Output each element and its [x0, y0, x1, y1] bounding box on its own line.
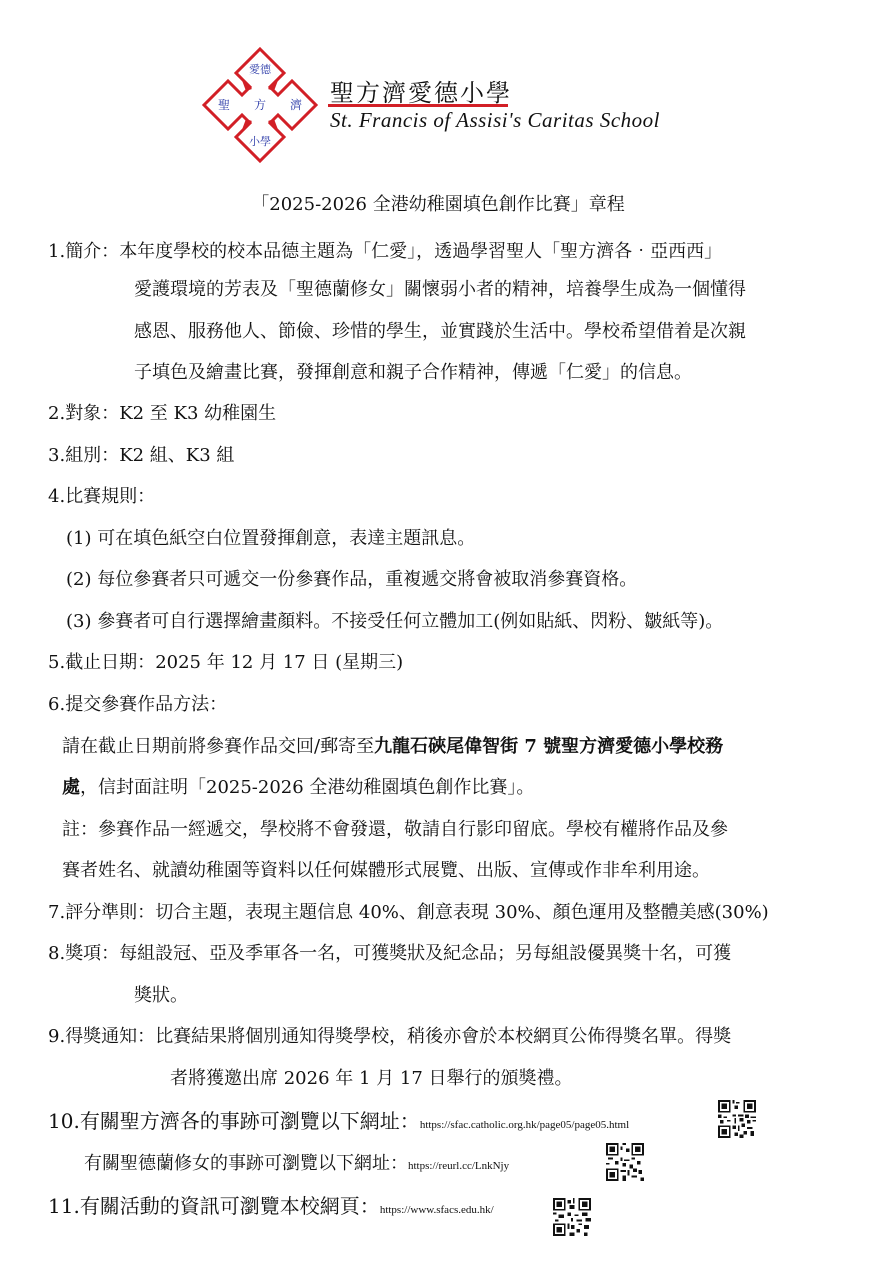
- section-text: 有關聖德蘭修女的事跡可瀏覽以下網址：: [84, 1153, 408, 1174]
- st-francis-link[interactable]: https://sfac.catholic.org.hk/page05/page…: [420, 1119, 629, 1131]
- section-9-line-2: 者將獲邀出席 2026 年 1 月 17 日舉行的頒獎禮。: [170, 1068, 573, 1090]
- section-label: 得獎通知：: [65, 1026, 155, 1047]
- svg-text:愛德: 愛德: [249, 63, 272, 76]
- qr-code-icon: [553, 1198, 591, 1236]
- section-text: 有關聖方濟各的事跡可瀏覽以下網址：: [80, 1109, 420, 1133]
- submission-address: 九龍石硤尾偉智街 7 號聖方濟愛德小學校務: [374, 736, 723, 757]
- section-text: 比賽結果將個別通知得獎學校，稍後亦會於本校網頁公佈得獎名單。得獎: [155, 1026, 731, 1047]
- section-label: 截止日期：: [65, 652, 155, 673]
- document-title: 「2025-2026 全港幼稚園填色創作比賽」章程: [0, 190, 876, 216]
- section-1-line-4: 子填色及繪畫比賽，發揮創意和親子合作精神，傳遞「仁愛」的信息。: [134, 362, 692, 384]
- rule-3: (3) 參賽者可自行選擇繪畫顏料。不接受任何立體加工(例如貼紙、閃粉、皺紙等)。: [66, 611, 723, 633]
- section-label: 評分準則：: [65, 902, 155, 923]
- section-3: 3.組別：K2 組、K3 組: [48, 445, 234, 467]
- section-number: 8.: [48, 943, 65, 964]
- section-number: 1.: [48, 241, 65, 262]
- section-8: 8.獎項：每組設冠、亞及季軍各一名，可獲獎狀及紀念品；另每組設優異獎十名，可獲: [48, 943, 731, 965]
- section-label: 簡介：: [65, 241, 119, 262]
- note-line-2: 賽者姓名、就讀幼稚園等資料以任何媒體形式展覽、出版、宣傳或作非牟利用途。: [62, 860, 710, 882]
- section-number: 4.: [48, 486, 65, 507]
- section-text: 切合主題，表現主題信息 40%、創意表現 30%、顏色運用及整體美感(30%): [155, 902, 769, 923]
- svg-text:小學: 小學: [249, 134, 271, 148]
- rule-1: (1) 可在填色紙空白位置發揮創意，表達主題訊息。: [66, 528, 475, 550]
- section-6: 6.提交參賽作品方法：: [48, 694, 227, 716]
- section-8-line-2: 獎狀。: [134, 985, 188, 1007]
- section-number: 7.: [48, 902, 65, 923]
- section-label: 提交參賽作品方法：: [65, 694, 227, 715]
- school-name-en: St. Francis of Assisi's Caritas School: [330, 108, 660, 133]
- section-2: 2.對象：K2 至 K3 幼稚園生: [48, 403, 276, 425]
- qr-code-icon: [718, 1100, 756, 1138]
- section-label: 對象：: [65, 403, 119, 424]
- note-line-1: 註：參賽作品一經遞交，學校將不會發還，敬請自行影印留底。學校有權將作品及參: [62, 819, 728, 841]
- section-11: 11.有關活動的資訊可瀏覽本校網頁：https://www.sfacs.edu.…: [48, 1195, 494, 1221]
- qr-code-icon: [606, 1143, 644, 1181]
- section-10: 10.有關聖方濟各的事跡可瀏覽以下網址：https://sfac.catholi…: [48, 1110, 629, 1136]
- submission-text: 請在截止日期前將參賽作品交回/郵寄至: [62, 736, 374, 757]
- section-number: 5.: [48, 652, 65, 673]
- svg-text:聖: 聖: [218, 98, 230, 112]
- submission-text: ，信封面註明「2025-2026 全港幼稚園填色創作比賽」。: [80, 777, 534, 798]
- section-number: 9.: [48, 1026, 65, 1047]
- section-text: K2 至 K3 幼稚園生: [119, 403, 276, 424]
- school-website-link[interactable]: https://www.sfacs.edu.hk/: [380, 1204, 494, 1216]
- school-name-cn: 聖方濟愛德小學: [330, 73, 512, 108]
- submission-line-2: 處，信封面註明「2025-2026 全港幼稚園填色創作比賽」。: [62, 777, 534, 799]
- section-1-line-3: 感恩、服務他人、節儉、珍惜的學生，並實踐於生活中。學校希望借着是次親: [134, 321, 746, 343]
- section-10-line-2: 有關聖德蘭修女的事跡可瀏覽以下網址：https://reurl.cc/LnkNj…: [84, 1153, 509, 1177]
- school-crest-icon: 愛德 聖 方 濟 小學: [200, 45, 320, 165]
- section-7: 7.評分準則：切合主題，表現主題信息 40%、創意表現 30%、顏色運用及整體美…: [48, 902, 769, 924]
- section-5: 5.截止日期：2025 年 12 月 17 日 (星期三): [48, 652, 403, 674]
- section-number: 11.: [48, 1194, 80, 1218]
- section-number: 2.: [48, 403, 65, 424]
- school-name-underline: [328, 104, 508, 107]
- section-text: 有關活動的資訊可瀏覽本校網頁：: [80, 1194, 380, 1218]
- submission-line-1: 請在截止日期前將參賽作品交回/郵寄至九龍石硤尾偉智街 7 號聖方濟愛德小學校務: [62, 736, 723, 758]
- section-4: 4.比賽規則：: [48, 486, 155, 508]
- section-1-line-2: 愛護環境的芳表及「聖德蘭修女」關懷弱小者的精神，培養學生成為一個懂得: [134, 279, 746, 301]
- section-label: 組別：: [65, 445, 119, 466]
- section-label: 比賽規則：: [65, 486, 155, 507]
- section-number: 10.: [48, 1109, 80, 1133]
- section-1-heading: 1.簡介：本年度學校的校本品德主題為「仁愛」，透過學習聖人「聖方濟各‧亞西西」: [48, 241, 722, 263]
- svg-text:方: 方: [254, 97, 266, 112]
- section-number: 3.: [48, 445, 65, 466]
- st-teresa-link[interactable]: https://reurl.cc/LnkNjy: [408, 1160, 509, 1172]
- svg-text:濟: 濟: [290, 97, 302, 112]
- section-number: 6.: [48, 694, 65, 715]
- section-label: 獎項：: [65, 943, 119, 964]
- section-text: K2 組、K3 組: [119, 445, 234, 466]
- section-text: 每組設冠、亞及季軍各一名，可獲獎狀及紀念品；另每組設優異獎十名，可獲: [119, 943, 731, 964]
- rule-2: (2) 每位參賽者只可遞交一份參賽作品，重複遞交將會被取消參賽資格。: [66, 569, 637, 591]
- submission-address-end: 處: [62, 777, 80, 798]
- section-text: 本年度學校的校本品德主題為「仁愛」，透過學習聖人「聖方濟各‧亞西西」: [119, 241, 722, 262]
- section-text: 2025 年 12 月 17 日 (星期三): [155, 652, 403, 673]
- section-9: 9.得獎通知：比賽結果將個別通知得獎學校，稍後亦會於本校網頁公佈得獎名單。得獎: [48, 1026, 731, 1048]
